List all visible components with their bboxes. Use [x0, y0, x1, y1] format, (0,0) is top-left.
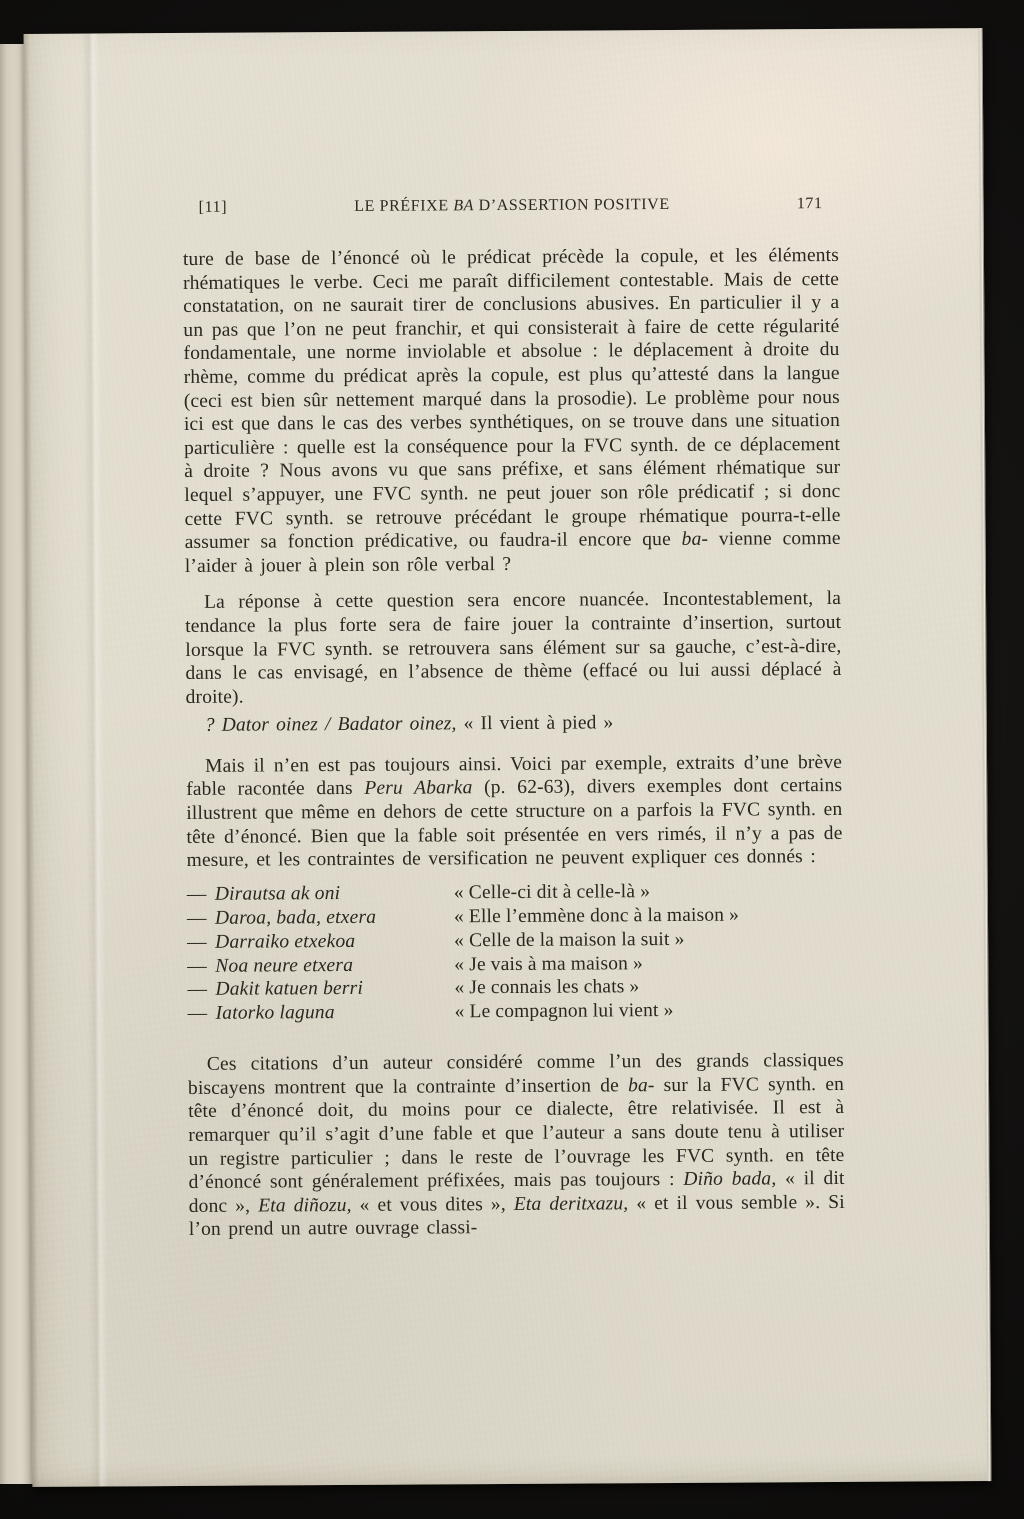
paragraph-1: ture de base de l’énoncé où le prédicat …	[183, 244, 841, 578]
running-title-start: LE PRÉFIXE	[354, 197, 453, 215]
dash-bullet: —	[187, 907, 215, 931]
example-line: ? Dator oinez / Badator oinez, « Il vien…	[205, 710, 842, 737]
running-title-italic: BA	[453, 197, 474, 214]
page-fold-crease	[82, 33, 109, 1486]
paragraph-3: Mais il n’en est pas toujours ainsi. Voi…	[186, 751, 843, 873]
dash-bullet: —	[187, 1002, 215, 1026]
list-item: — Iatorko laguna « Le compagnon lui vien…	[187, 998, 843, 1026]
examples-list: — Dirautsa ak oni « Celle-ci dit à celle…	[187, 879, 844, 1026]
running-title-end: D’ASSERTION POSITIVE	[474, 196, 670, 214]
photo-backdrop: [11] LE PRÉFIXE BA D’ASSERTION POSITIVE …	[0, 0, 1024, 1519]
running-title: LE PRÉFIXE BA D’ASSERTION POSITIVE	[227, 192, 797, 219]
dash-bullet: —	[187, 930, 215, 954]
basque-phrase: Dirautsa ak oni	[215, 881, 454, 906]
french-translation: « Celle de la maison la suit »	[454, 928, 684, 953]
page-header: [11] LE PRÉFIXE BA D’ASSERTION POSITIVE …	[183, 192, 839, 220]
book-page: [11] LE PRÉFIXE BA D’ASSERTION POSITIVE …	[24, 28, 992, 1487]
french-translation: « Elle l’emmène donc à la maison »	[454, 903, 739, 929]
page-right-edge	[978, 28, 992, 1481]
basque-phrase: Dakit katuen berri	[215, 977, 454, 1002]
french-translation: « Le compagnon lui vient »	[454, 999, 673, 1024]
basque-phrase: Darraiko etxekoa	[215, 929, 454, 954]
french-translation: « Celle-ci dit à celle-là »	[454, 880, 650, 905]
basque-phrase: Daroa, bada, etxera	[215, 905, 454, 930]
paragraph-4: Ces citations d’un auteur considéré comm…	[188, 1049, 845, 1242]
dash-bullet: —	[187, 954, 215, 978]
page-number: 171	[797, 192, 823, 216]
paragraph-2: La réponse à cette question sera encore …	[185, 587, 842, 709]
basque-phrase: Iatorko laguna	[215, 1001, 454, 1026]
dash-bullet: —	[187, 978, 215, 1002]
dash-bullet: —	[187, 883, 215, 907]
french-translation: « Je vais à ma maison »	[454, 952, 643, 977]
basque-phrase: Noa neure etxera	[215, 953, 454, 978]
page-content: [11] LE PRÉFIXE BA D’ASSERTION POSITIVE …	[183, 192, 845, 1242]
section-number: [11]	[199, 196, 228, 220]
french-translation: « Je connais les chats »	[454, 976, 639, 1001]
